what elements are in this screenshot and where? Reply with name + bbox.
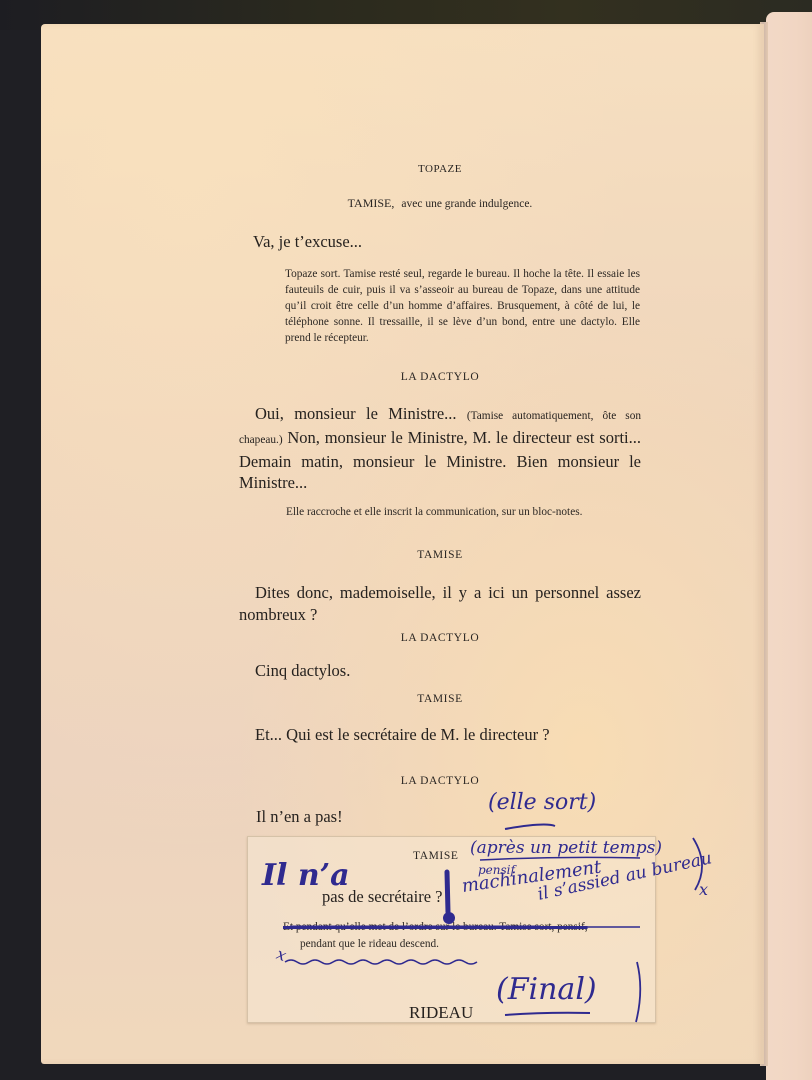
stage-direction: Elle raccroche et elle inscrit la commun… [286, 504, 646, 520]
speech-line: Cinq dactylos. [255, 660, 350, 681]
speech-line: Dites donc, mademoiselle, il y a ici un … [239, 582, 641, 626]
stage-direction: Topaze sort. Tamise resté seul, regarde … [285, 266, 640, 346]
speech-line: Oui, monsieur le Ministre... (Tamise aut… [239, 403, 641, 493]
speech-text: Non, monsieur le Ministre, M. le directe… [239, 428, 641, 492]
speaker-heading: LA DACTYLO [236, 775, 644, 787]
handwritten-margin-x: x [699, 880, 708, 899]
speech-line: pas de secrétaire ? [322, 886, 442, 907]
stage-direction-inline: avec une grande indulgence. [401, 198, 532, 210]
speech-line: Va, je t’excuse... [253, 231, 362, 252]
page-content: TOPAZE TAMISE, avec une grande indulgenc… [0, 0, 812, 1080]
speaker-name: TAMISE, [348, 196, 395, 210]
speech-line: Et... Qui est le secrétaire de M. le dir… [255, 724, 550, 745]
running-head: TOPAZE [236, 163, 644, 175]
speech-line: Il n’en a pas! [256, 806, 343, 827]
speaker-heading: TAMISE [236, 549, 644, 561]
stage-direction: pendant que le rideau descend. [300, 936, 439, 952]
handwritten-elle-sort: (elle sort) [488, 790, 596, 815]
speaker-heading: TAMISE [236, 693, 644, 705]
speaker-heading: LA DACTYLO [236, 371, 644, 383]
struck-stage-direction: Et pendant qu’elle met de l’ordre sur le… [283, 919, 655, 935]
speaker-heading: LA DACTYLO [236, 632, 644, 644]
speaker-heading: TAMISE, avec une grande indulgence. [236, 196, 644, 211]
curtain-label: RIDEAU [409, 1002, 473, 1023]
speaker-heading: TAMISE [413, 850, 458, 862]
speech-text: Oui, monsieur le Ministre... [255, 404, 457, 423]
